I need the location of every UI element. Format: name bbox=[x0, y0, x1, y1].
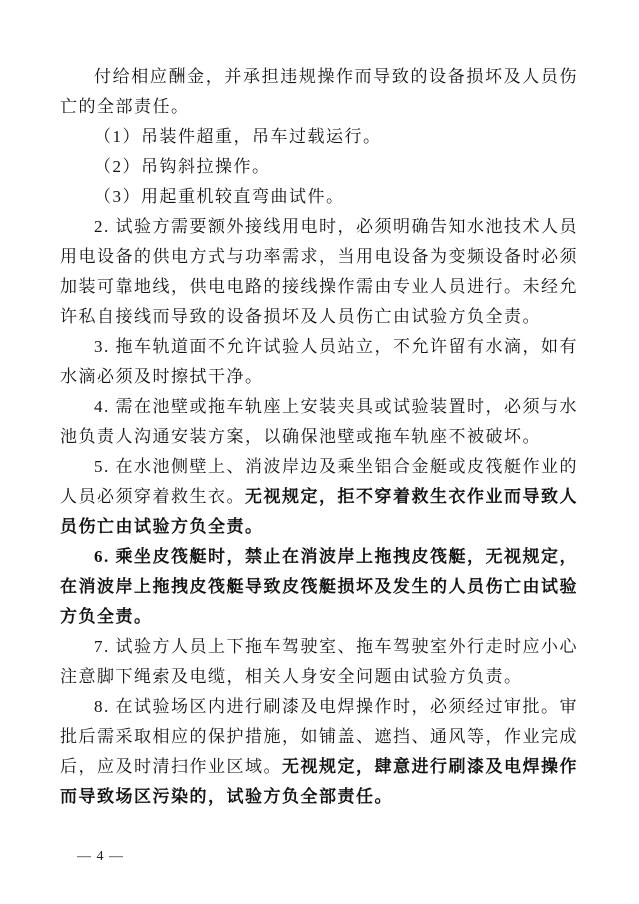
paragraph: 7. 试验方人员上下拖车驾驶室、拖车驾驶室外行走时应小心注意脚下绳索及电缆，相关… bbox=[60, 632, 578, 692]
paragraph: 6. 乘坐皮筏艇时，禁止在消波岸上拖拽皮筏艇，无视规定，在消波岸上拖拽皮筏艇导致… bbox=[60, 542, 578, 632]
document-body: 付给相应酬金，并承担违规操作而导致的设备损坏及人员伤亡的全部责任。（1）吊装件超… bbox=[60, 62, 578, 812]
text-run: 付给相应酬金，并承担违规操作而导致的设备损坏及人员伤亡的全部责任。 bbox=[60, 67, 578, 116]
text-run: 4. 需在池壁或拖车轨座上安装夹具或试验装置时，必须与水池负责人沟通安装方案，以… bbox=[60, 397, 578, 446]
text-run: （2）吊钩斜拉操作。 bbox=[94, 157, 271, 176]
paragraph: 2. 试验方需要额外接线用电时，必须明确告知水池技术人员用电设备的供电方式与功率… bbox=[60, 212, 578, 332]
text-run: 3. 拖车轨道面不允许试验人员站立，不允许留有水滴，如有水滴必须及时擦拭干净。 bbox=[60, 337, 578, 386]
paragraph: 付给相应酬金，并承担违规操作而导致的设备损坏及人员伤亡的全部责任。 bbox=[60, 62, 578, 122]
text-run: 2. 试验方需要额外接线用电时，必须明确告知水池技术人员用电设备的供电方式与功率… bbox=[60, 217, 578, 326]
text-run: 7. 试验方人员上下拖车驾驶室、拖车驾驶室外行走时应小心注意脚下绳索及电缆，相关… bbox=[60, 637, 578, 686]
paragraph: 8. 在试验场区内进行刷漆及电焊操作时，必须经过审批。审批后需采取相应的保护措施… bbox=[60, 692, 578, 812]
paragraph: 3. 拖车轨道面不允许试验人员站立，不允许留有水滴，如有水滴必须及时擦拭干净。 bbox=[60, 332, 578, 392]
paragraph: （2）吊钩斜拉操作。 bbox=[60, 152, 578, 182]
paragraph: 4. 需在池壁或拖车轨座上安装夹具或试验装置时，必须与水池负责人沟通安装方案，以… bbox=[60, 392, 578, 452]
paragraph: 5. 在水池侧壁上、消波岸边及乘坐铝合金艇或皮筏艇作业的人员必须穿着救生衣。无视… bbox=[60, 452, 578, 542]
bold-text-run: 6. 乘坐皮筏艇时，禁止在消波岸上拖拽皮筏艇，无视规定，在消波岸上拖拽皮筏艇导致… bbox=[60, 547, 578, 626]
text-run: （3）用起重机较直弯曲试件。 bbox=[94, 187, 345, 206]
paragraph: （1）吊装件超重，吊车过载运行。 bbox=[60, 122, 578, 152]
document-page: 付给相应酬金，并承担违规操作而导致的设备损坏及人员伤亡的全部责任。（1）吊装件超… bbox=[0, 0, 639, 904]
text-run: （1）吊装件超重，吊车过载运行。 bbox=[94, 127, 382, 146]
paragraph: （3）用起重机较直弯曲试件。 bbox=[60, 182, 578, 212]
page-number: — 4 — bbox=[77, 849, 124, 865]
